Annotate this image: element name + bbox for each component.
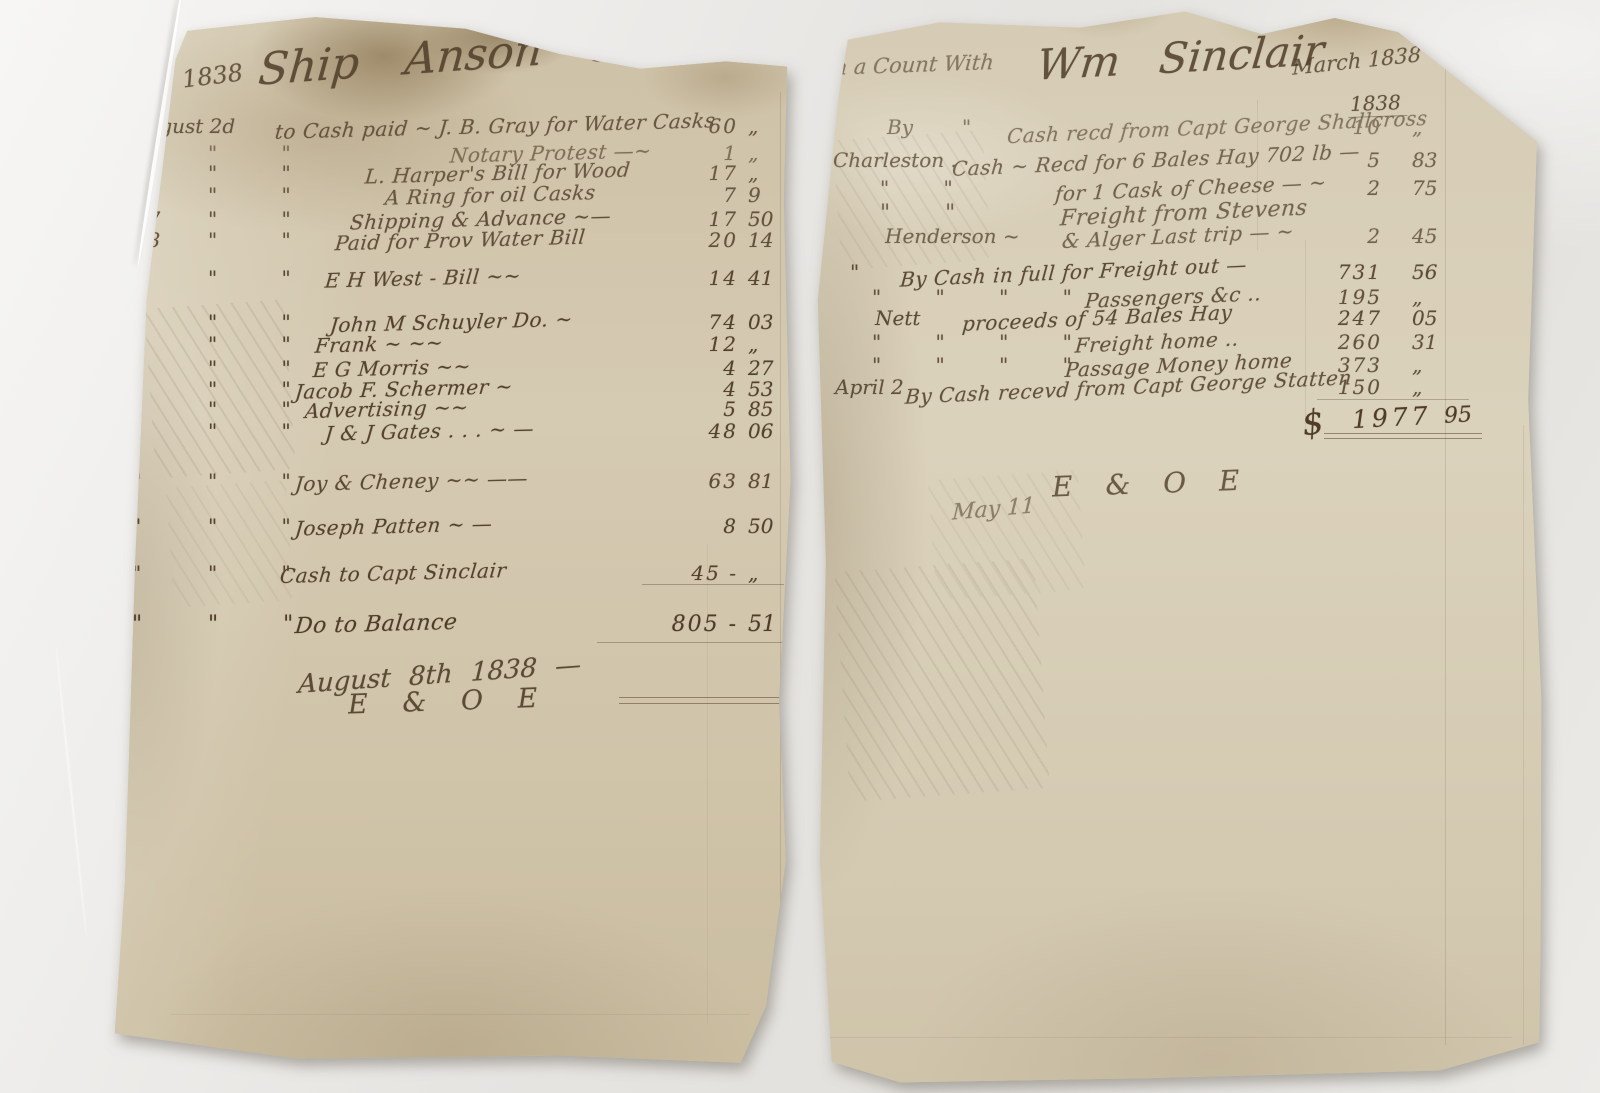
entry-cents: „ [748,114,758,138]
entry-cents: „ [1412,115,1422,139]
entry-cents: 31 [1412,330,1437,354]
entry-date: August 2d [132,114,235,138]
entry-cents: 81 [748,469,773,493]
right-ledger-sheet: in a Count With Wm Sinclair March 1838 1… [812,5,1542,1090]
closing-date: May 11 [951,493,1035,525]
entry-date: " [132,332,141,356]
header-prefix: in a Count With [826,50,995,80]
entry-date: " [132,514,141,538]
ditto-marks: " " [880,201,955,226]
errors-omissions-excepted: E & O E [348,682,551,720]
ditto-marks: " [850,260,859,284]
ledger-row: " " " Do to Balance 805 - 51 [110,612,794,642]
entry-amount: 14 [658,266,738,290]
currency-flourish: $ [1299,402,1326,445]
entry-description: Do to Balance [294,610,459,639]
ditto-marks: " " [208,514,291,538]
entry-amount: 805 - [658,612,738,637]
ledger-row: Henderson ~ & Alger Last trip — ~ 2 45 [812,224,1542,254]
ledger-row: " " " J & J Gates . . . ~ — 48 06 [110,419,794,449]
entry-cents: 03 [748,310,773,334]
ledger-row: April 2 By Cash recevd from Capt George … [812,375,1542,405]
entry-cents: „ [748,561,758,585]
ditto-marks: " " " " [872,330,1072,354]
entry-amount: 48 [658,419,738,443]
photo-of-ledger-documents: { "left_page": { "title": "Ship Anson & … [0,0,1600,1093]
entry-cents: 56 [1412,260,1437,284]
ditto-marks: " " [208,310,291,334]
ditto-marks: " " [208,266,291,290]
entry-description: J & J Gates . . . ~ — [324,416,535,446]
ditto-marks: " " " " [872,353,1072,377]
entry-cents: 75 [1412,176,1437,200]
entry-amount: 17 [658,161,738,185]
entry-amount: 74 [658,310,738,334]
entry-date: " 3 [132,161,160,185]
entry-date: " [132,377,141,401]
ledger-row: " 8 " " Paid for Prov Water Bill 20 14 [110,228,794,258]
entry-cents: 50 [748,514,773,538]
background-crease [54,641,87,940]
entry-prefix: April 2 [835,375,904,399]
entry-date: " [132,310,141,334]
entry-description: Cash to Capt Sinclair [279,558,508,588]
entry-date: " [132,612,142,637]
entry-description: & Alger Last trip — ~ [1061,219,1295,253]
ditto-marks: " " [208,183,291,207]
entry-amount: 2 [1306,176,1382,200]
entry-description: Joseph Patten ~ — [294,511,494,540]
entry-amount: 10 [1306,115,1382,139]
ledger-row: Charleston . Cash ~ Recd for 6 Bales Hay… [812,148,1542,178]
entry-amount: 5 [1306,148,1382,172]
left-ledger-sheet: Ship Anson & Owners 1838 August 2d to Ca… [110,14,794,1066]
entry-cents: „ [1412,375,1422,399]
ditto-marks: " " [880,176,953,200]
ditto-marks: " " [208,161,291,185]
entry-cents: 06 [748,419,773,443]
entry-date: " [132,356,141,380]
entry-cents: „ [748,161,758,185]
entry-amount: 45 - [658,561,738,585]
ditto-marks: " [962,115,971,139]
account-holder-name: Wm Sinclair [1035,25,1327,89]
entry-amount: 731 [1306,260,1382,284]
entry-amount: 12 [658,332,738,356]
entry-cents: „ [748,332,758,356]
ledger-row: By " Cash recd from Capt George Shallcro… [812,115,1542,145]
entry-date: " [132,469,141,493]
entry-cents: „ [1412,353,1422,377]
entry-date: " [132,266,141,290]
entry-amount: 5 [658,397,738,421]
total-amount: 1977 [1351,401,1432,434]
entry-cents: 41 [748,266,773,290]
ditto-marks: " " [208,419,291,443]
document-title: Ship Anson & Owners [256,3,846,95]
total-row: $ 1977 95 [812,403,1542,439]
ledger-row: " " " Joseph Patten ~ — 8 50 [110,514,794,544]
entry-amount: 247 [1306,306,1382,330]
entry-cents: 51 [748,612,776,637]
entry-amount: 63 [658,469,738,493]
entry-amount: 150 [1306,375,1382,399]
total-cents: 95 [1443,402,1472,428]
entry-prefix: Charleston . [833,148,957,172]
year-label: 1838 [181,58,245,93]
entry-date: " [132,397,141,421]
entry-amount: 2 [1306,224,1382,248]
ditto-marks: " " [208,332,291,356]
entry-date: " [132,419,141,443]
entry-cents: 14 [748,228,773,252]
entry-description: E H West - Bill ~~ [324,263,522,292]
ledger-row: " " " Joy & Cheney ~~ —— 63 81 [110,469,794,499]
entry-date: " [132,561,141,585]
entry-cents: 05 [1412,306,1437,330]
entry-date: " [132,141,141,165]
entry-cents: 9 [748,183,761,207]
ledger-row: " " " E H West - Bill ~~ 14 41 [110,266,794,296]
entry-amount: 7 [658,183,738,207]
entry-description: Paid for Prov Water Bill [334,225,587,256]
ledger-row: August 2d to Cash paid ~ J. B. Gray for … [110,114,794,144]
entry-prefix: By [887,115,913,139]
entry-prefix: Henderson ~ [885,224,1020,248]
entry-amount: 20 [658,228,738,252]
ditto-marks: " " [208,469,291,493]
entry-amount: 260 [1306,330,1382,354]
entry-cents: 85 [748,397,773,421]
entry-description: Joy & Cheney ~~ —— [294,466,529,496]
ditto-marks: " " [208,397,291,421]
ditto-marks: " " [208,612,293,637]
errors-omissions-excepted: E & O E [1051,464,1251,504]
entry-cents: 83 [1412,148,1437,172]
ledger-row: " " " Cash to Capt Sinclair 45 - „ [110,561,794,591]
ditto-marks: " " [208,561,291,585]
entry-prefix: Nett [875,306,920,330]
entry-description: Frank ~ ~~ [314,330,445,357]
entry-date: " 6 [132,183,160,207]
entry-date: " 8 [132,228,160,252]
entry-amount: 60 [658,114,738,138]
entry-cents: 45 [1412,224,1437,248]
ditto-marks: " " [208,228,291,252]
entry-amount: 8 [658,514,738,538]
